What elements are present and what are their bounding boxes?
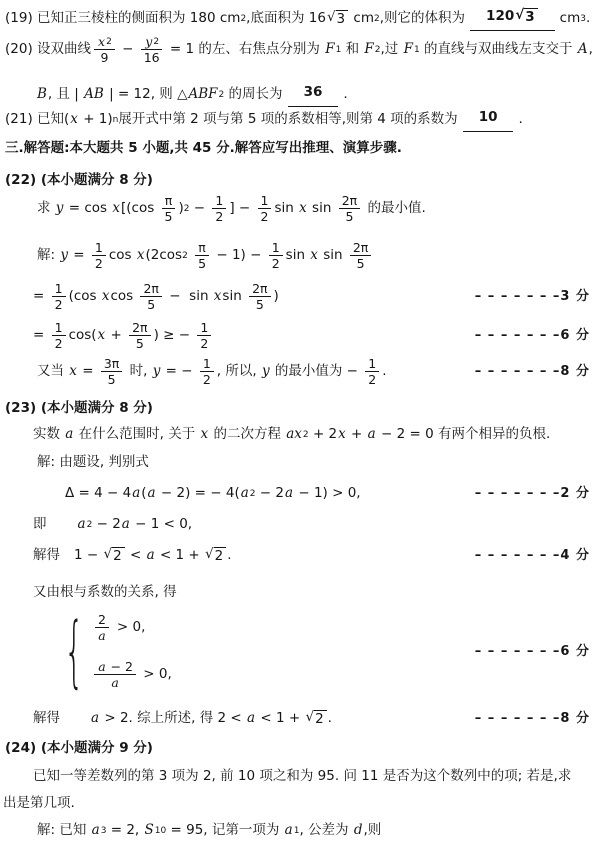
fraction: 3π5: [101, 356, 122, 387]
fraction: a − 2a: [94, 659, 136, 690]
math-variable: a: [97, 659, 106, 674]
text-run: 2π: [252, 281, 267, 296]
math-variable: F: [403, 39, 414, 60]
fraction: π5: [162, 193, 176, 224]
math-variable: a: [131, 483, 141, 504]
text-run: − 2) = − 4(: [157, 483, 240, 504]
text-run: 解得: [33, 545, 60, 566]
math-variable: x: [97, 34, 106, 49]
text-run: 2: [200, 336, 208, 351]
text-run: < 1 +: [256, 708, 304, 729]
text-run: ) ≥ −: [154, 325, 195, 346]
text-run: , 且 |: [48, 84, 83, 105]
solution-24-step-1: 解: 已知 a3 = 2, S10 = 95, 记第一项为 a1, 公差为 d,…: [37, 820, 590, 841]
text-run: 3π: [104, 356, 119, 371]
math-variable: a: [240, 483, 250, 504]
text-run: (21) 已知(: [5, 109, 69, 130]
text-run: − 2: [92, 514, 120, 535]
solution-23-step-2: Δ = 4 − 4a(a − 2) = − 4(a2 − 2a − 1) > 0…: [65, 483, 590, 504]
radicand: 2: [112, 547, 125, 564]
text-run: 1: [200, 320, 208, 335]
fraction-denominator: 2: [52, 336, 66, 351]
text-run: 1: [55, 320, 63, 335]
text-run: 和: [341, 39, 363, 60]
text-run: 5: [108, 372, 116, 387]
radical-sign-icon: √: [305, 710, 314, 726]
text-run: =: [78, 361, 98, 382]
system-rows: 2a > 0,a − 2a > 0,: [91, 612, 172, 690]
text-run: 1: [261, 193, 269, 208]
fraction: 12: [52, 320, 66, 351]
fraction-numerator: 1: [269, 240, 283, 256]
solution-23-step-5: 又由根与系数的关系, 得: [33, 582, 590, 603]
text-run: 2: [315, 711, 324, 727]
math-variable: y: [55, 198, 65, 219]
text-run: − 1) −: [212, 245, 266, 266]
text-run: 5: [256, 297, 264, 312]
text-run: =: [69, 245, 89, 266]
text-run: = 95, 记第一项为: [166, 820, 283, 841]
fraction-denominator: a: [94, 628, 109, 643]
text-run: −: [190, 198, 210, 219]
solution-22-step-2: = 12(cos xcos 2π5 − sin xsin 2π5)– – – –…: [33, 281, 590, 312]
text-run: .: [382, 361, 386, 382]
system-row: 2a > 0,: [91, 612, 172, 643]
text-run: 36: [304, 82, 323, 103]
fraction-denominator: 5: [144, 297, 158, 312]
text-run: 2: [98, 612, 106, 627]
fraction-numerator: x2: [94, 34, 115, 50]
problem-22-heading: (22) (本小题满分 8 分): [5, 170, 590, 191]
score-mark: – – – – – – –8 分: [475, 361, 590, 382]
text-run: Δ = 4 − 4: [65, 483, 131, 504]
text-run: 2π: [353, 240, 368, 255]
fraction: 2π5: [339, 193, 360, 224]
fraction-denominator: 5: [162, 209, 176, 224]
text-run: > 0,: [139, 664, 172, 685]
fraction-denominator: 2: [92, 256, 106, 271]
text-run: sin: [274, 198, 298, 219]
math-variable: a: [284, 483, 294, 504]
text-run: 1: [203, 356, 211, 371]
fraction-numerator: 2: [95, 612, 109, 628]
fraction-denominator: 16: [141, 50, 163, 65]
math-variable: y: [144, 34, 153, 49]
text-run: .: [328, 708, 332, 729]
fraction: 12: [365, 356, 379, 387]
text-run: 时,: [125, 361, 151, 382]
text-run: 的直线与双曲线左支交于: [420, 39, 577, 60]
text-run: π: [165, 193, 173, 208]
fraction: 12: [52, 281, 66, 312]
math-variable: F: [363, 39, 374, 60]
text-run: = 1 的左、右焦点分别为: [166, 39, 325, 60]
fraction-numerator: 2π: [129, 320, 150, 336]
radical-sign-icon: √: [327, 10, 336, 26]
left-brace-icon: {: [64, 612, 83, 690]
math-variable: a: [110, 675, 119, 690]
text-run: 在什么范围时, 关于: [74, 424, 199, 445]
text-run: ): [274, 286, 279, 307]
text-run: π: [198, 240, 206, 255]
math-variable: ax: [285, 424, 303, 445]
text-run: > 2. 综上所述, 得 2 <: [100, 708, 246, 729]
text-run: 5: [357, 256, 365, 271]
fraction-denominator: 2: [200, 372, 214, 387]
text-run: .: [586, 8, 590, 29]
text-run: .: [343, 84, 347, 105]
radicand: 3: [524, 8, 537, 25]
text-run: 3: [337, 11, 346, 27]
system-row: a − 2a > 0,: [91, 659, 172, 690]
text-run: + 1): [79, 109, 113, 130]
fraction: 12: [197, 320, 211, 351]
fraction-denominator: 2: [258, 209, 272, 224]
text-run: 1: [215, 193, 223, 208]
text-run: − 1 < 0,: [131, 514, 192, 535]
math-variable: x: [111, 198, 121, 219]
math-variable: a: [91, 820, 101, 841]
math-variable: x: [200, 424, 210, 445]
text-run: [188, 245, 192, 266]
text-run: 9: [100, 50, 108, 65]
text-run: 又当: [37, 361, 68, 382]
text-run: 5: [147, 297, 155, 312]
fraction: π5: [195, 240, 209, 271]
math-variable: a: [97, 628, 106, 643]
text-run: , 所以,: [217, 361, 261, 382]
text-run: 2π: [143, 281, 158, 296]
text-run: + 2: [309, 424, 337, 445]
fraction-numerator: 2π: [350, 240, 371, 256]
fraction-denominator: 5: [195, 256, 209, 271]
math-variable: F: [324, 39, 335, 60]
text-run: ,底面积为 16: [246, 8, 326, 29]
math-variable: d: [353, 820, 364, 841]
text-run: 2: [95, 256, 103, 271]
problem-22-statement: 求 y = cos x[(cos π5)2 − 12] − 12sin x si…: [37, 193, 590, 224]
text-run: 求: [37, 198, 55, 219]
solution-23-step-1: 解: 由题设, 判别式: [37, 452, 590, 473]
text-run: 实数: [33, 424, 64, 445]
fraction-numerator: 2π: [249, 281, 270, 297]
fraction-numerator: π: [195, 240, 209, 256]
text-run: 3: [525, 9, 534, 25]
solution-23-system: {2a > 0,a − 2a > 0,– – – – – – –6 分: [62, 612, 590, 690]
section-3-heading: 三.解答题:本大题共 5 小题,共 45 分.解答应写出推理、演算步骤.: [5, 138, 590, 159]
text-run: = cos: [64, 198, 111, 219]
fraction: 2π5: [249, 281, 270, 312]
text-run: (22) (本小题满分 8 分): [5, 170, 153, 191]
problem-24-statement-line-2: 出是第几项.: [3, 793, 590, 814]
fraction-numerator: y2: [141, 34, 162, 50]
fraction-numerator: 1: [52, 320, 66, 336]
text-run: − 2 = 0 有两个相异的负根.: [377, 424, 551, 445]
math-variable: a: [367, 424, 377, 445]
text-run: 即: [33, 514, 47, 535]
text-run: = −: [161, 361, 197, 382]
text-run: 出是第几项.: [3, 793, 75, 814]
text-run: (2cos: [145, 245, 182, 266]
fraction-denominator: 5: [354, 256, 368, 271]
text-run: 解: 由题设, 判别式: [37, 452, 149, 473]
text-run: 2: [113, 548, 122, 564]
fraction-numerator: 1: [197, 320, 211, 336]
text-run: cos: [110, 286, 137, 307]
fraction-numerator: 1: [365, 356, 379, 372]
fraction-denominator: 2: [52, 297, 66, 312]
math-variable: S: [144, 820, 155, 841]
text-run: − 2: [107, 659, 133, 674]
text-run: > 0,: [113, 617, 146, 638]
fraction-denominator: a: [107, 675, 122, 690]
fraction-denominator: 5: [342, 209, 356, 224]
text-run: cos: [132, 198, 159, 219]
text-run: − 2: [256, 483, 284, 504]
fraction-numerator: 1: [200, 356, 214, 372]
score-mark: – – – – – – –2 分: [475, 483, 590, 504]
text-run: =: [33, 286, 49, 307]
sqrt-expression: √2: [305, 710, 326, 727]
fraction: 12: [200, 356, 214, 387]
fraction-denominator: 2: [365, 372, 379, 387]
text-run: 5: [198, 256, 206, 271]
problem-23-heading: (23) (本小题满分 8 分): [5, 398, 590, 419]
fraction-denominator: 5: [133, 336, 147, 351]
radicand: 3: [336, 10, 349, 27]
math-variable: a: [246, 708, 256, 729]
text-run: .: [518, 109, 522, 130]
sqrt-expression: √2: [205, 547, 226, 564]
fraction-denominator: 2: [197, 336, 211, 351]
text-run: 2: [55, 336, 63, 351]
math-variable: a: [121, 514, 131, 535]
problem-24-heading: (24) (本小题满分 9 分): [5, 738, 590, 759]
text-run: (cos: [69, 286, 101, 307]
text-run: 2π: [342, 193, 357, 208]
problem-21: (21) 已知(x + 1)n展开式中第 2 项与第 5 项的系数相等,则第 4…: [5, 107, 590, 132]
fraction-numerator: 1: [212, 193, 226, 209]
fraction: 12: [269, 240, 283, 271]
fraction: x29: [94, 34, 115, 65]
math-variable: a: [284, 820, 294, 841]
math-variable: a: [77, 514, 87, 535]
score-mark: – – – – – – –6 分: [475, 641, 590, 662]
math-variable: x: [97, 325, 107, 346]
text-run: cos: [109, 245, 136, 266]
math-variable: y: [59, 245, 69, 266]
text-run: .: [227, 545, 231, 566]
problem-20-line-2: B, 且 | AB | = 12, 则 △ABF2 的周长为36.: [36, 82, 590, 107]
fraction-denominator: 2: [269, 256, 283, 271]
fraction-numerator: 2π: [339, 193, 360, 209]
text-run: ): [178, 198, 183, 219]
math-variable: B: [36, 84, 48, 105]
fraction: 2π5: [129, 320, 150, 351]
text-run: 解得: [33, 708, 60, 729]
text-run: <: [126, 545, 146, 566]
radical-sign-icon: √: [103, 547, 112, 563]
text-run: sin: [222, 286, 246, 307]
answer-blank: 120√3: [470, 6, 555, 31]
math-variable: x: [337, 424, 347, 445]
text-run: +: [347, 424, 367, 445]
fraction-denominator: 5: [253, 297, 267, 312]
text-run: 的最小值为 −: [271, 361, 363, 382]
fraction-denominator: 5: [105, 372, 119, 387]
fraction-numerator: a − 2: [94, 659, 136, 675]
text-run: 1: [55, 281, 63, 296]
text-run: < 1 +: [156, 545, 204, 566]
text-run: 2: [215, 209, 223, 224]
radical-sign-icon: √: [515, 8, 524, 24]
solution-22-step-3: = 12cos(x + 2π5) ≥ − 12– – – – – – –6 分: [33, 320, 590, 351]
math-variable: ABF: [187, 84, 218, 105]
text-run: 2: [261, 209, 269, 224]
math-variable: y: [261, 361, 271, 382]
problem-24-statement-line-1: 已知一等差数列的第 3 项为 2, 前 10 项之和为 95. 问 11 是否为…: [33, 766, 590, 787]
solution-23-step-6: 解得a > 2. 综上所述, 得 2 < a < 1 + √2.– – – – …: [33, 708, 590, 729]
problem-19: (19) 已知正三棱柱的侧面积为 180 cm2,底面积为 16√3 cm2,则…: [5, 6, 590, 31]
fraction: 2π5: [140, 281, 161, 312]
text-run: = 2,: [106, 820, 143, 841]
text-run: 1: [368, 356, 376, 371]
text-run: 三.解答题:本大题共 5 小题,共 45 分.解答应写出推理、演算步骤.: [5, 138, 402, 159]
text-run: [(: [121, 198, 132, 219]
text-run: sin: [319, 245, 347, 266]
text-run: 1 −: [74, 545, 102, 566]
text-run: +: [106, 325, 126, 346]
sqrt-expression: √3: [327, 10, 348, 27]
math-variable: x: [213, 286, 223, 307]
text-run: 展开式中第 2 项与第 5 项的系数相等,则第 4 项的系数为: [118, 109, 457, 130]
text-run: =: [33, 325, 49, 346]
fraction-numerator: π: [162, 193, 176, 209]
fraction-denominator: 9: [97, 50, 111, 65]
score-mark: – – – – – – –4 分: [475, 545, 590, 566]
fraction: 2π5: [350, 240, 371, 271]
text-run: 5: [165, 209, 173, 224]
math-variable: x: [309, 245, 319, 266]
text-run: 5: [136, 336, 144, 351]
text-run: , 公差为: [299, 820, 352, 841]
fraction: y216: [141, 34, 163, 65]
fraction-numerator: 1: [52, 281, 66, 297]
document-page: (19) 已知正三棱柱的侧面积为 180 cm2,底面积为 16√3 cm2,则…: [0, 0, 612, 849]
text-run: 2: [272, 256, 280, 271]
problem-23-statement: 实数 a 在什么范围时, 关于 x 的二次方程 ax2 + 2x + a − 2…: [33, 424, 590, 445]
text-run: (24) (本小题满分 9 分): [5, 738, 153, 759]
solution-23-step-4: 解得1 − √2 < a < 1 + √2.– – – – – – –4 分: [33, 545, 590, 566]
fraction-numerator: 2π: [140, 281, 161, 297]
text-run: 1: [95, 240, 103, 255]
text-run: 2: [55, 297, 63, 312]
text-run: 16: [144, 50, 160, 65]
text-run: 解:: [37, 245, 59, 266]
text-run: 的最小值.: [363, 198, 426, 219]
problem-20-line-1: (20) 设双曲线x29 − y216 = 1 的左、右焦点分别为 F1 和 F…: [5, 34, 590, 65]
text-run: (20) 设双曲线: [5, 39, 91, 60]
radical-sign-icon: √: [205, 547, 214, 563]
score-mark: – – – – – – –6 分: [475, 325, 590, 346]
text-run: (19) 已知正三棱柱的侧面积为 180 cm: [5, 8, 240, 29]
text-run: cos(: [69, 325, 97, 346]
math-variable: x: [101, 286, 111, 307]
text-run: sin: [286, 245, 310, 266]
text-run: 10: [479, 107, 498, 128]
math-variable: x: [298, 198, 308, 219]
text-run: 2: [203, 372, 211, 387]
answer-blank: 10: [463, 107, 514, 132]
text-run: 5: [345, 209, 353, 224]
score-mark: – – – – – – –8 分: [475, 708, 590, 729]
text-run: 已知一等差数列的第 3 项为 2, 前 10 项之和为 95. 问 11 是否为…: [33, 766, 571, 787]
math-variable: x: [136, 245, 146, 266]
radicand: 2: [214, 547, 227, 564]
fraction: 12: [92, 240, 106, 271]
radicand: 2: [314, 710, 327, 727]
math-variable: a: [64, 424, 74, 445]
fraction-numerator: 3π: [101, 356, 122, 372]
text-run: (23) (本小题满分 8 分): [5, 398, 153, 419]
fraction-numerator: 1: [258, 193, 272, 209]
math-variable: x: [69, 109, 79, 130]
text-run: − sin: [165, 286, 213, 307]
math-variable: AB: [83, 84, 105, 105]
text-run: ] −: [229, 198, 254, 219]
text-run: − 1) > 0,: [294, 483, 361, 504]
fraction-denominator: 2: [212, 209, 226, 224]
text-run: 1: [272, 240, 280, 255]
sqrt-expression: √2: [103, 547, 124, 564]
sqrt-expression: √3: [515, 8, 537, 25]
fraction: 12: [258, 193, 272, 224]
solution-23-step-3: 即a2 − 2a − 1 < 0,: [33, 514, 590, 535]
text-run: ,则: [364, 820, 382, 841]
text-run: −: [118, 39, 138, 60]
text-run: ,: [589, 39, 593, 60]
text-run: cm: [349, 8, 374, 29]
score-mark: – – – – – – –3 分: [475, 286, 590, 307]
equation-system: {2a > 0,a − 2a > 0,: [62, 612, 172, 690]
text-run: | = 12, 则 △: [105, 84, 188, 105]
text-run: 2π: [132, 320, 147, 335]
math-variable: a: [146, 545, 156, 566]
text-run: 2: [215, 548, 224, 564]
text-run: 的二次方程: [209, 424, 285, 445]
fraction-numerator: 1: [92, 240, 106, 256]
math-variable: a: [90, 708, 100, 729]
math-variable: A: [577, 39, 589, 60]
text-run: 的周长为: [224, 84, 282, 105]
math-variable: x: [68, 361, 78, 382]
math-variable: a: [147, 483, 157, 504]
text-run: 又由根与系数的关系, 得: [33, 582, 177, 603]
solution-22-step-4: 又当 x = 3π5 时, y = − 12, 所以, y 的最小值为 − 12…: [37, 356, 590, 387]
text-run: 2: [368, 372, 376, 387]
text-run: ,则它的体积为: [380, 8, 465, 29]
text-run: 解: 已知: [37, 820, 91, 841]
answer-blank: 36: [288, 82, 339, 107]
text-run: sin: [308, 198, 336, 219]
math-variable: y: [152, 361, 162, 382]
text-run: cm: [560, 8, 581, 29]
solution-22-step-1: 解: y = 12cos x(2cos2 π5 − 1) − 12sin x s…: [37, 240, 590, 271]
fraction: 2a: [94, 612, 109, 643]
fraction: 12: [212, 193, 226, 224]
text-run: 120: [486, 6, 514, 27]
text-run: ,过: [381, 39, 403, 60]
